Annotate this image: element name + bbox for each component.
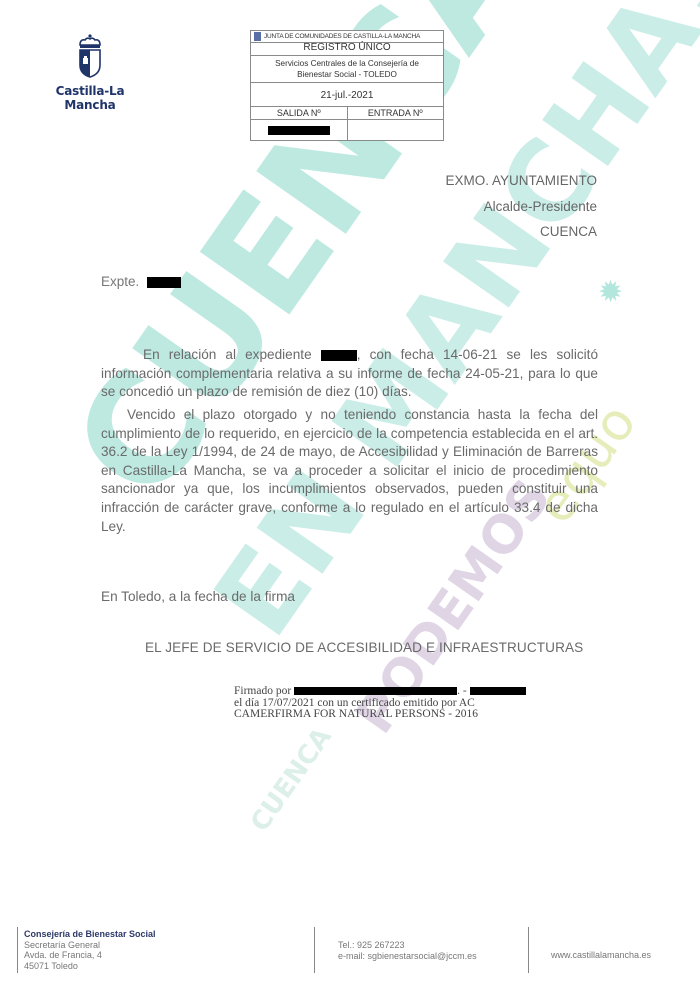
paragraph-2: Vencido el plazo otorgado y no teniendo …: [101, 406, 598, 536]
footer-street: Avda. de Francia, 4: [24, 950, 156, 961]
logo-text: Castilla-La Mancha: [30, 84, 150, 112]
recipient-line3: CUENCA: [445, 219, 597, 245]
stamp-date: 21-jul.-2021: [251, 83, 443, 107]
star-icon: ✹: [598, 275, 623, 310]
stamp-title: REGISTRO ÚNICO: [251, 42, 443, 56]
entrada-value: [348, 120, 444, 140]
footer-website[interactable]: www.castillalamancha.es: [551, 950, 651, 960]
stamp-service-line1: Servicios Centrales de la Consejería de: [251, 58, 443, 69]
footer-divider: [314, 927, 315, 973]
stamp-values: [251, 120, 443, 140]
footer-contact: Tel.: 925 267223 e-mail: sgbienestarsoci…: [338, 940, 477, 962]
stamp-service: Servicios Centrales de la Consejería de …: [251, 56, 443, 83]
recipient-line1: EXMO. AYUNTAMIENTO: [445, 168, 597, 194]
signature-prefix: Firmado por: [234, 685, 291, 697]
entrada-label: ENTRADA Nº: [348, 107, 444, 119]
footer-phone: Tel.: 925 267223: [338, 940, 477, 951]
paragraph-1-start: En relación al expediente: [143, 347, 312, 362]
stamp-emblem-icon: [254, 32, 261, 41]
redaction-bar: [470, 687, 526, 695]
coat-of-arms-icon: [77, 34, 103, 78]
file-reference: Expte.: [101, 274, 181, 289]
digital-signature: Firmado por . - el día 17/07/2021 con un…: [234, 686, 526, 721]
footer-org: Consejería de Bienestar Social: [24, 929, 156, 940]
salida-value: [251, 120, 348, 140]
signature-line1: Firmado por . -: [234, 686, 526, 698]
castilla-la-mancha-logo: Castilla-La Mancha: [30, 34, 150, 112]
recipient-line2: Alcalde-Presidente: [445, 194, 597, 220]
stamp-header-text: JUNTA DE COMUNIDADES DE CASTILLA-LA MANC…: [264, 33, 420, 40]
registry-stamp: JUNTA DE COMUNIDADES DE CASTILLA-LA MANC…: [250, 30, 444, 141]
stamp-labels: SALIDA Nº ENTRADA Nº: [251, 107, 443, 120]
signer-title: EL JEFE DE SERVICIO DE ACCESIBILIDAD E I…: [145, 640, 583, 655]
redaction-bar: [294, 687, 457, 695]
footer-address: Consejería de Bienestar Social Secretarí…: [24, 929, 156, 971]
redaction-bar: [268, 126, 330, 135]
salida-label: SALIDA Nº: [251, 107, 348, 119]
place-date: En Toledo, a la fecha de la firma: [101, 589, 295, 604]
footer-divider: [528, 927, 529, 973]
footer-dept: Secretaría General: [24, 940, 156, 951]
signature-line3: CAMERFIRMA FOR NATURAL PERSONS - 2016: [234, 709, 526, 721]
watermark-small-cuenca: CUENCA: [245, 723, 338, 838]
recipient-block: EXMO. AYUNTAMIENTO Alcalde-Presidente CU…: [445, 168, 597, 245]
redaction-bar: [321, 350, 357, 361]
footer-divider: [17, 927, 18, 973]
redaction-bar: [147, 277, 181, 288]
footer-city: 45071 Toledo: [24, 961, 156, 972]
file-reference-label: Expte.: [101, 274, 139, 289]
footer: Consejería de Bienestar Social Secretarí…: [0, 925, 700, 975]
stamp-service-line2: Bienestar Social - TOLEDO: [251, 69, 443, 80]
paragraph-1: En relación al expediente , con fecha 14…: [101, 346, 598, 402]
footer-email[interactable]: e-mail: sgbienestarsocial@jccm.es: [338, 951, 477, 962]
signature-separator: . -: [457, 685, 467, 697]
